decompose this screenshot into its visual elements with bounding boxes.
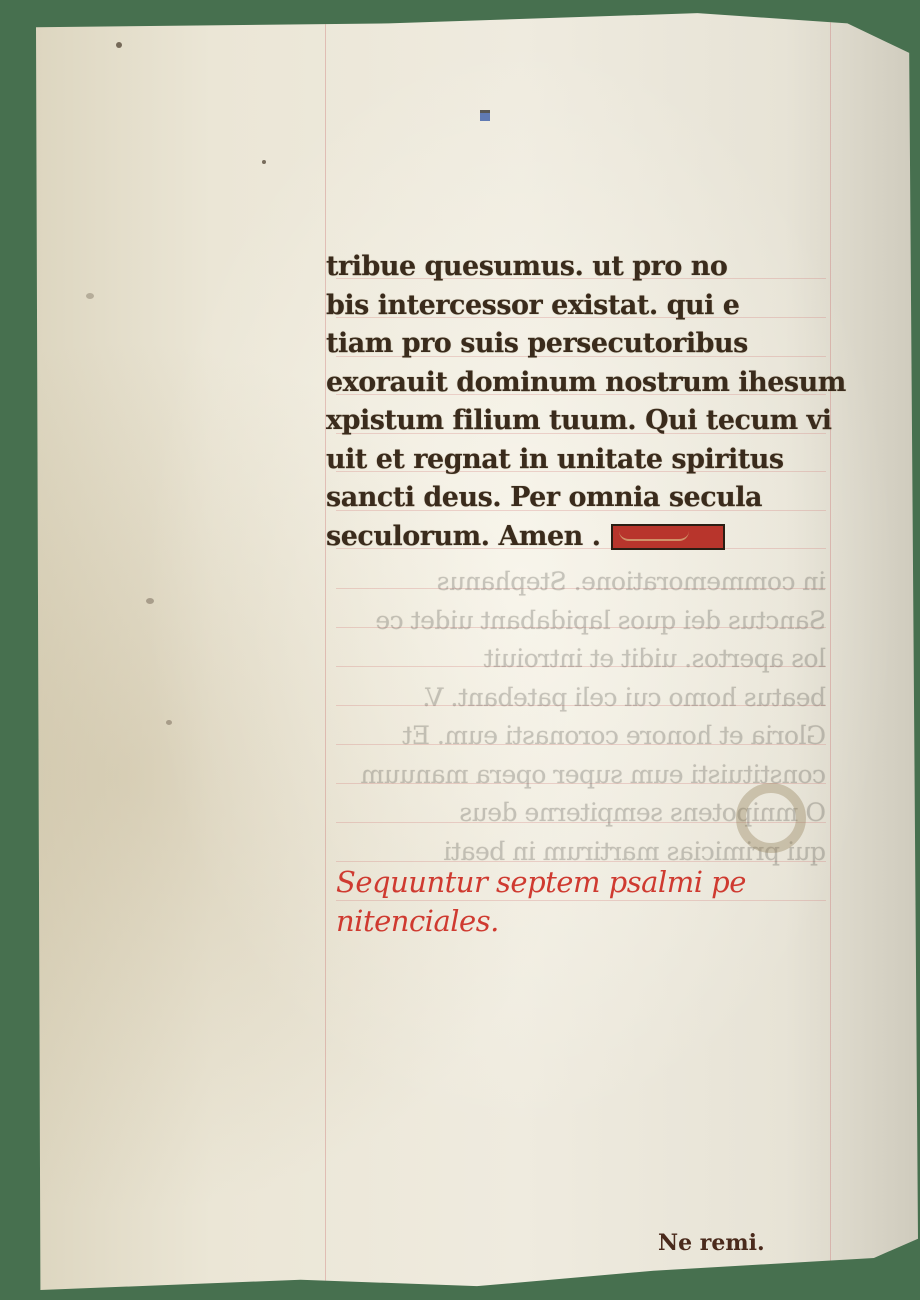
- text-line-amen: seculorum. Amen .: [326, 521, 601, 552]
- text-line: xpistum filium tuum. Qui tecum vi: [326, 402, 826, 441]
- parchment-spot: [262, 160, 266, 164]
- showthrough-line: in commemoratione. Stephanus: [336, 563, 826, 602]
- manuscript-page: in commemoratione. Stephanus Sanctus dei…: [36, 8, 918, 1290]
- ghost-initial-o: [736, 783, 806, 853]
- text-line: sancti deus. Per omnia secula: [326, 479, 826, 518]
- line-filler-decoration: [611, 524, 725, 550]
- text-line-final: seculorum. Amen .: [326, 518, 826, 557]
- text-line: tiam pro suis persecutoribus: [326, 325, 826, 364]
- showthrough-line: beatus homo cui celi patebant. V.: [336, 679, 826, 718]
- main-text-block: tribue quesumus. ut pro no bis intercess…: [326, 248, 826, 556]
- text-line: exorauit dominum nostrum ihesum: [326, 364, 826, 403]
- parchment-spot: [116, 42, 122, 48]
- showthrough-line: los apertos. uidit et introiuit: [336, 640, 826, 679]
- catchword: Ne remi.: [658, 1230, 765, 1256]
- text-line: bis intercessor existat. qui e: [326, 287, 826, 326]
- showthrough-line: Gloria et honore coronasti eum. Et: [336, 717, 826, 756]
- parchment-spot: [146, 598, 154, 604]
- ruling-line-left: [325, 8, 326, 1290]
- ruling-line-right: [830, 8, 831, 1290]
- parchment-spot: [86, 293, 94, 299]
- rubric-block: Sequuntur septem psalmi pe nitenciales.: [336, 863, 836, 940]
- parchment-spot: [166, 720, 172, 725]
- ink-blot-mark: [480, 110, 490, 121]
- text-line: tribue quesumus. ut pro no: [326, 248, 826, 287]
- rubric-line: Sequuntur septem psalmi pe: [336, 863, 836, 902]
- text-line: uit et regnat in unitate spiritus: [326, 441, 826, 480]
- showthrough-line: Sanctus dei quos lapidabant uidet ce: [336, 602, 826, 641]
- rubric-line: nitenciales.: [336, 902, 836, 941]
